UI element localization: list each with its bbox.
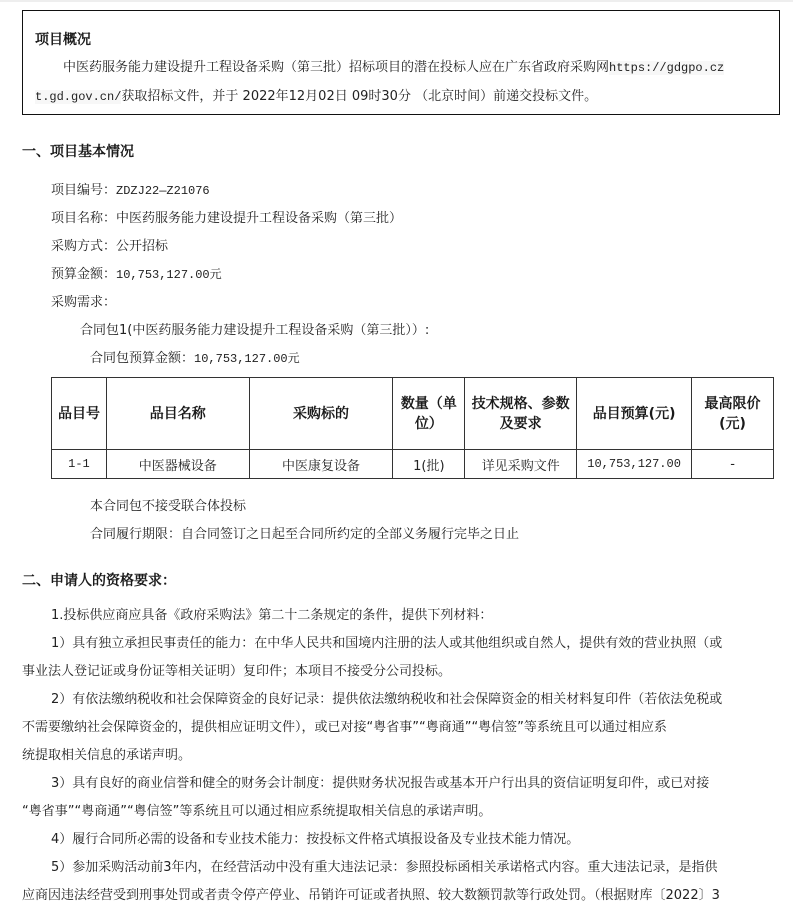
requirement-3-line2: “粤省事”“粤商通”“粤信签”等系统且可以通过相应系统提取相关信息的承诺声明。 <box>22 800 491 819</box>
requirement-3-line1: 3）具有良好的商业信誉和健全的财务会计制度：提供财务状况报告或基本开户行出具的资… <box>51 772 709 791</box>
cell-specs: 详见采购文件 <box>465 450 577 479</box>
cell-max-price: - <box>692 450 774 479</box>
package-budget: 合同包预算金额：10,753,127.00元 <box>90 347 300 366</box>
cell-subject: 中医康复设备 <box>249 450 393 479</box>
package-budget-value: 10,753,127.00元 <box>194 352 300 366</box>
field-procurement-method: 采购方式：公开招标 <box>51 235 168 254</box>
items-table: 品目号 品目名称 采购标的 数量（单位） 技术规格、参数及要求 品目预算(元) … <box>51 377 774 479</box>
field-label: 项目名称： <box>51 211 116 226</box>
overview-deadline-text: 获取招标文件，并于 2022年12月02日 09时30分 （北京时间）前递交投标… <box>121 89 597 104</box>
field-label: 采购需求： <box>51 295 116 310</box>
col-header-max-price: 最高限价(元) <box>692 378 774 450</box>
section-title-basic-info: 一、项目基本情况 <box>22 141 134 161</box>
procurement-site-link-cont[interactable]: t.gd.gov.cn/ <box>35 90 121 104</box>
field-budget: 预算金额：10,753,127.00元 <box>51 263 222 282</box>
requirement-1-line1: 1）具有独立承担民事责任的能力：在中华人民共和国境内注册的法人或其他组织或自然人… <box>51 632 722 651</box>
field-requirements: 采购需求： <box>51 291 116 310</box>
cell-item-budget: 10,753,127.00 <box>577 450 692 479</box>
procurement-site-link[interactable]: https://gdgpo.cz <box>609 61 724 75</box>
field-label: 项目编号： <box>51 183 116 198</box>
field-label: 采购方式： <box>51 239 116 254</box>
col-header-subject: 采购标的 <box>249 378 393 450</box>
field-value: 10,753,127.00元 <box>116 268 222 282</box>
overview-line2: t.gd.gov.cn/获取招标文件，并于 2022年12月02日 09时30分… <box>35 85 597 104</box>
package-budget-label: 合同包预算金额： <box>90 351 194 366</box>
col-header-specs: 技术规格、参数及要求 <box>465 378 577 450</box>
requirement-2-line1: 2）有依法缴纳税收和社会保障资金的良好记录：提供依法缴纳税收和社会保障资金的相关… <box>51 688 722 707</box>
top-divider <box>0 0 793 2</box>
overview-line1: 中医药服务能力建设提升工程设备采购（第三批）招标项目的潜在投标人应在广东省政府采… <box>63 56 724 75</box>
field-value: 公开招标 <box>116 239 168 254</box>
note-consortium: 本合同包不接受联合体投标 <box>90 495 246 514</box>
field-project-name: 项目名称：中医药服务能力建设提升工程设备采购（第三批） <box>51 207 402 226</box>
table-row: 1-1 中医器械设备 中医康复设备 1(批) 详见采购文件 10,753,127… <box>52 450 774 479</box>
requirement-5-line1: 5）参加采购活动前3年内，在经营活动中没有重大违法记录：参照投标函相关承诺格式内… <box>51 856 718 875</box>
requirement-2-line3: 统提取相关信息的承诺声明。 <box>22 744 191 763</box>
note-contract-period: 合同履行期限：自合同签订之日起至合同所约定的全部义务履行完毕之日止 <box>90 523 519 542</box>
field-label: 预算金额： <box>51 267 116 282</box>
overview-title: 项目概况 <box>35 29 91 49</box>
field-project-number: 项目编号：ZDZJ22—Z21076 <box>51 179 210 198</box>
package-title: 合同包1(中医药服务能力建设提升工程设备采购（第三批））: <box>80 319 429 338</box>
col-header-quantity: 数量（单位） <box>393 378 465 450</box>
requirement-4: 4）履行合同所必需的设备和专业技术能力：按投标文件格式填报设备及专业技术能力情况… <box>51 828 579 847</box>
cell-item-no: 1-1 <box>52 450 107 479</box>
requirement-1-line2: 事业法人登记证或身份证等相关证明）复印件；本项目不接受分公司投标。 <box>22 660 451 679</box>
field-value: 中医药服务能力建设提升工程设备采购（第三批） <box>116 211 402 226</box>
section-title-qualifications: 二、申请人的资格要求： <box>22 570 176 590</box>
overview-text: 中医药服务能力建设提升工程设备采购（第三批）招标项目的潜在投标人应在广东省政府采… <box>63 60 609 75</box>
cell-item-name: 中医器械设备 <box>106 450 249 479</box>
cell-quantity: 1(批) <box>393 450 465 479</box>
requirement-2-line2: 不需要缴纳社会保障资金的，提供相应证明文件），或已对接“粤省事”“粤商通”“粤信… <box>22 716 667 735</box>
qualification-item-1: 1.投标供应商应具备《政府采购法》第二十二条规定的条件，提供下列材料： <box>51 604 492 623</box>
table-header-row: 品目号 品目名称 采购标的 数量（单位） 技术规格、参数及要求 品目预算(元) … <box>52 378 774 450</box>
requirement-5-line2: 应商因违法经营受到刑事处罚或者责令停产停业、吊销许可证或者执照、较大数额罚款等行… <box>22 884 720 903</box>
project-overview-box: 项目概况 中医药服务能力建设提升工程设备采购（第三批）招标项目的潜在投标人应在广… <box>22 10 780 115</box>
col-header-item-name: 品目名称 <box>106 378 249 450</box>
col-header-item-no: 品目号 <box>52 378 107 450</box>
field-value: ZDZJ22—Z21076 <box>116 184 210 198</box>
col-header-item-budget: 品目预算(元) <box>577 378 692 450</box>
